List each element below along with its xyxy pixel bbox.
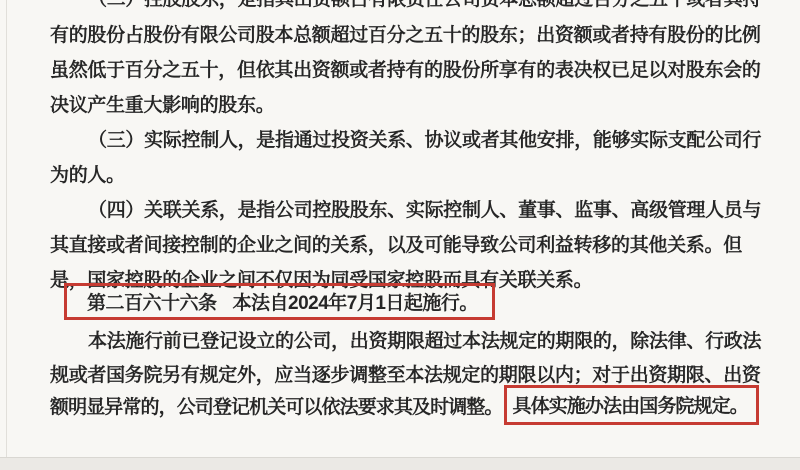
document-line: 其直接或者间接控制的企业之间的关系，以及可能导致公司利益转移的其他关系。但 <box>50 235 742 257</box>
document-line: 虽然低于百分之五十，但依其出资额或者持有的股份所享有的表决权已足以对股东会的 <box>50 60 761 82</box>
document-line: 为的人。 <box>50 165 125 187</box>
highlight-box-state-council: 具体实施办法由国务院规定。 <box>504 385 759 425</box>
document-line: （三）实际控制人，是指通过投资关系、协议或者其他安排，能够实际支配公司行 <box>88 130 761 152</box>
page-left-edge-line <box>6 0 7 457</box>
document-line: 额明显异常的，公司登记机关可以依法要求其及时调整。 具体实施办法由国务院规定。 <box>50 387 759 423</box>
document-line-text: 额明显异常的，公司登记机关可以依法要求其及时调整。 <box>50 392 503 419</box>
law-document-page: （二）控股股东，是指其出资额占有限责任公司资本总额超过百分之五十或者其持 有的股… <box>0 0 800 470</box>
document-line: （二）控股股东，是指其出资额占有限责任公司资本总额超过百分之五十或者其持 <box>88 0 761 11</box>
document-line: 有的股份占股份有限公司股本总额超过百分之五十的股东；出资额或者持有股份的比例 <box>50 25 761 47</box>
highlight-box-effective-date: 第二百六十六条 本法自2024年7月1日起施行。 <box>64 283 495 320</box>
article-number: 第二百六十六条 <box>87 288 217 315</box>
article-content: 本法自2024年7月1日起施行。 <box>233 288 478 315</box>
document-line: 决议产生重大影响的股东。 <box>50 95 274 117</box>
bottom-edge-bar <box>0 457 800 470</box>
document-line: 规或者国务院另有规定外，应当逐步调整至本法规定的期限以内；对于出资期限、出资 <box>50 365 761 387</box>
document-line: （四）关联关系，是指公司控股股东、实际控制人、董事、监事、高级管理人员与 <box>88 200 761 222</box>
document-line: 本法施行前已登记设立的公司，出资期限超过本法规定的期限的，除法律、行政法 <box>88 331 761 353</box>
